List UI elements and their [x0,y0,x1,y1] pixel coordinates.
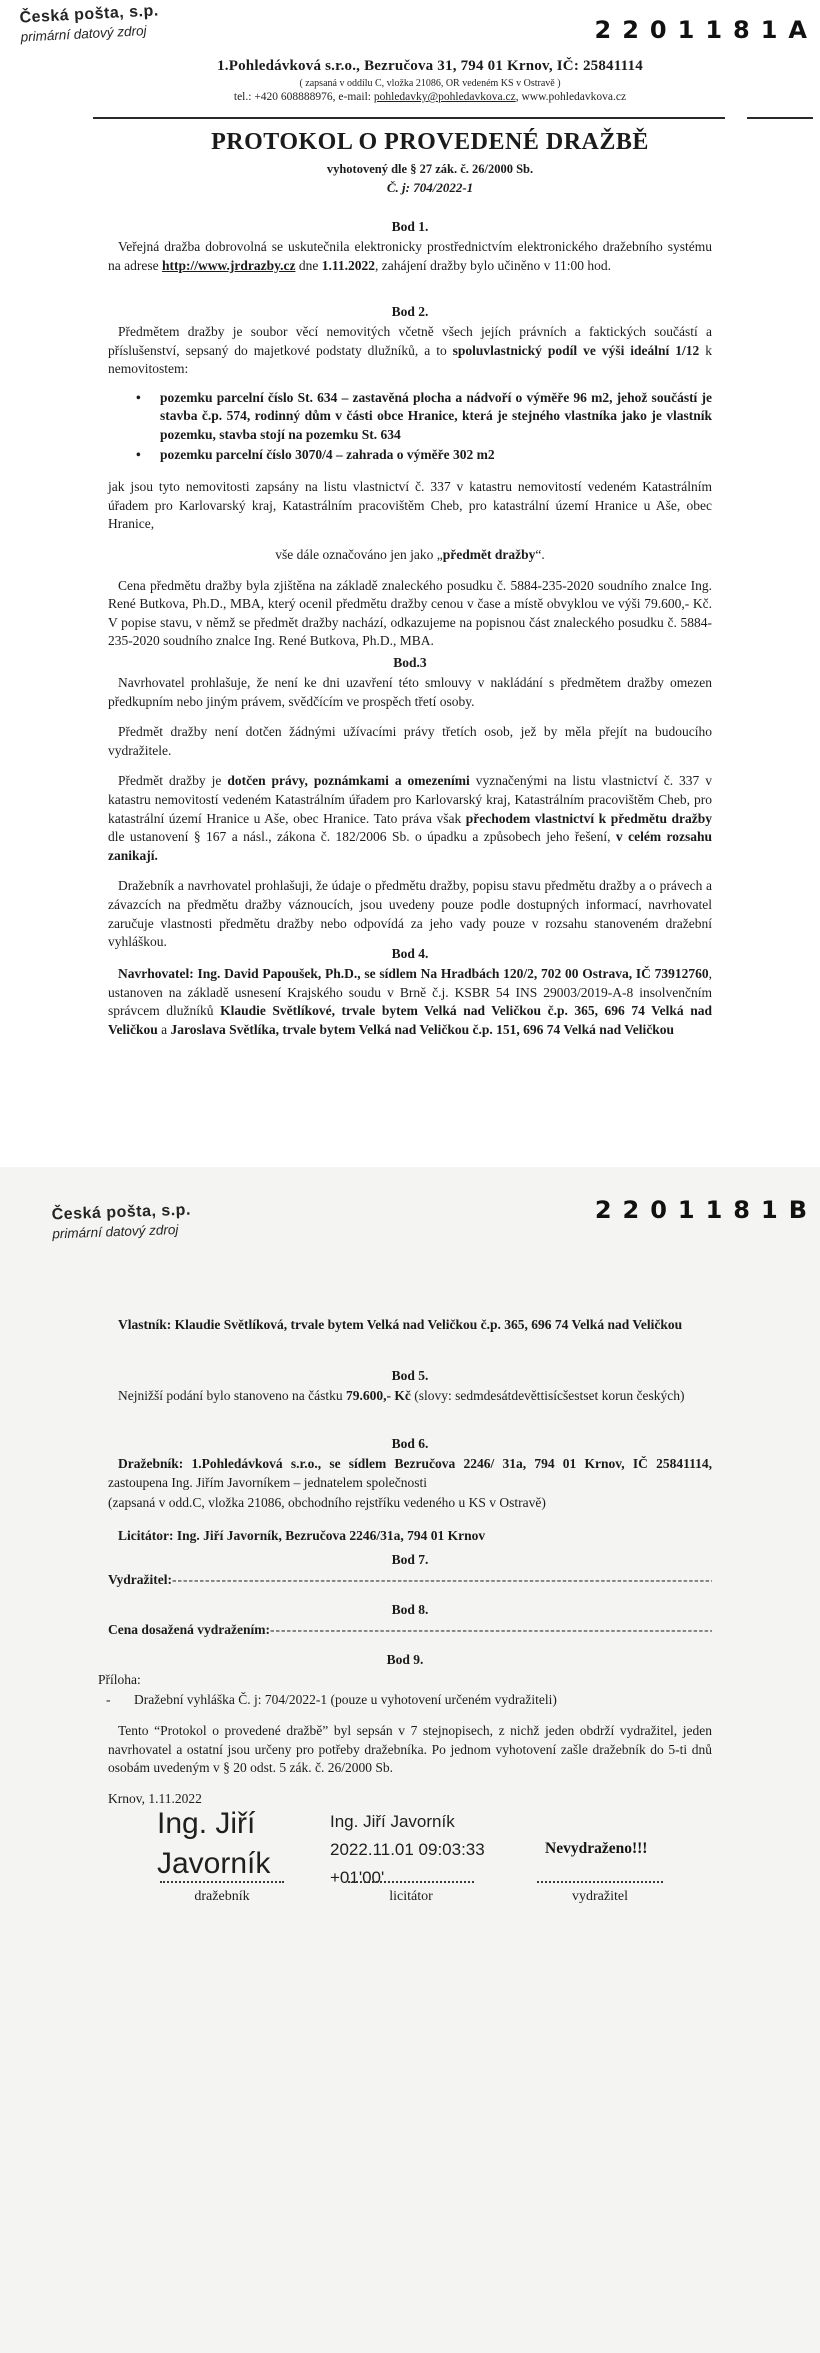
scanned-auction-protocol: Česká pošta, s.p. primární datový zdroj … [0,0,820,2353]
postal-stamp-page2: Česká pošta, s.p. primární datový zdroj [51,1202,191,1242]
signature-label-auctioneer: dražebník [160,1889,284,1905]
letterhead: 1.Pohledávková s.r.o., Bezručova 31, 794… [40,58,820,103]
attachment-label: Příloha: [98,1671,712,1690]
bullet-icon: • [136,446,160,465]
bod6-paragraph-2: (zapsaná v odd.C, vložka 21086, obchodní… [108,1494,712,1513]
doc-number-stamp-page1: 2201181A [595,16,818,44]
winner-line: Vydražitel:-----------------------------… [108,1571,712,1589]
auction-result-note: Nevydraženo!!! [545,1840,647,1858]
signature-dotted-line [348,1881,474,1883]
bullet-icon: • [136,389,160,445]
bod5-heading: Bod 5. [108,1368,712,1384]
section-bod2: Bod 2. Předmětem dražby je soubor věcí n… [108,304,712,651]
licitator-line: Licitátor: Ing. Jiří Javorník, Bezručova… [108,1527,712,1546]
bod4-paragraph: Navrhovatel: Ing. David Papoušek, Ph.D.,… [108,965,712,1039]
signature-line-1: Ing. Jiří [157,1804,270,1844]
section-bod9: Bod 9. Příloha: -Dražební vyhláška Č. j:… [98,1652,712,1709]
doc-number-stamp-page2: 2201181B [595,1196,818,1224]
digital-signature-timezone: +01'00' [330,1864,485,1892]
section-bod8: Bod 8. Cena dosažená vydražením:--------… [108,1602,712,1639]
postal-stamp-page1: Česká pošta, s.p. primární datový zdroj [19,2,160,44]
bod8-heading: Bod 8. [108,1602,712,1618]
contact-suffix: , www.pohledavkova.cz [516,91,626,103]
bod5-paragraph: Nejnižší podání bylo stanoveno na částku… [108,1387,712,1406]
bod1-paragraph: Veřejná dražba dobrovolná se uskutečnila… [108,238,712,275]
bod3-paragraph-3: Předmět dražby je dotčen právy, poznámka… [108,772,712,865]
bod1-heading: Bod 1. [108,219,712,235]
property-item-1-text: pozemku parcelní číslo St. 634 – zastavě… [160,389,712,445]
bod3-paragraph-1: Navrhovatel prohlašuje, že není ke dni u… [108,674,712,711]
signature-dotted-line [537,1881,663,1883]
bod2-quote-line: vše dále označováno jen jako „předmět dr… [108,546,712,565]
attachment-item: -Dražební vyhláška Č. j: 704/2022-1 (pou… [98,1691,712,1710]
achieved-price-line: Cena dosažená vydražením:---------------… [108,1621,712,1639]
section-bod1: Bod 1. Veřejná dražba dobrovolná se usku… [108,219,712,275]
section-bod6: Bod 6. Dražebník: 1.Pohledávková s.r.o.,… [108,1436,712,1545]
company-email: pohledavky@pohledavkova.cz [374,91,516,103]
property-item-2: •pozemku parcelní číslo 3070/4 – zahrada… [136,446,712,465]
section-owner: Vlastník: Klaudie Světlíková, trvale byt… [108,1316,712,1335]
company-name: 1.Pohledávková s.r.o., Bezručova 31, 794… [40,58,820,75]
owner-paragraph: Vlastník: Klaudie Světlíková, trvale byt… [108,1316,712,1335]
section-closing: Tento “Protokol o provedené dražbě” byl … [108,1722,712,1778]
contact-prefix: tel.: +420 608888976, e-mail: [234,91,374,103]
digital-signature-name: Ing. Jiří Javorník [330,1808,485,1836]
attachment-item-text: Dražební vyhláška Č. j: 704/2022-1 (pouz… [134,1691,557,1710]
bod2-cadastre-paragraph: jak jsou tyto nemovitosti zapsány na lis… [108,478,712,534]
document-ref-number: Č. j: 704/2022-1 [40,180,820,196]
property-list: •pozemku parcelní číslo St. 634 – zastav… [108,389,712,464]
section-bod5: Bod 5. Nejnižší podání bylo stanoveno na… [108,1368,712,1406]
section-bod3: Bod.3 Navrhovatel prohlašuje, že není ke… [108,655,712,952]
achieved-price-label: Cena dosažená vydražením: [108,1621,270,1639]
company-contact: tel.: +420 608888976, e-mail: pohledavky… [40,91,820,103]
title-block: PROTOKOL O PROVEDENÉ DRAŽBĚ vyhotovený d… [40,127,820,196]
handwritten-signature: Ing. Jiří Javorník [157,1804,270,1884]
property-item-2-text: pozemku parcelní číslo 3070/4 – zahrada … [160,446,495,465]
company-registration: ( zapsaná v oddílu C, vložka 21086, OR v… [40,78,820,89]
bod6-paragraph-1: Dražebník: 1.Pohledávková s.r.o., se síd… [108,1455,712,1492]
signature-label-licitator: licitátor [348,1889,474,1905]
property-item-1: •pozemku parcelní číslo St. 634 – zastav… [136,389,712,445]
section-bod7: Bod 7. Vydražitel:----------------------… [108,1552,712,1589]
bod3-paragraph-4: Dražebník a navrhovatel prohlašuji, že ú… [108,877,712,951]
bod6-heading: Bod 6. [108,1436,712,1452]
winner-label: Vydražitel: [108,1571,172,1589]
signature-label-winner: vydražitel [537,1889,663,1905]
letterhead-rule [93,117,725,119]
digital-signature: Ing. Jiří Javorník 2022.11.01 09:03:33 +… [330,1808,485,1892]
signature-line-2: Javorník [157,1844,270,1884]
signature-dotted-line [160,1881,284,1883]
bod2-price-paragraph: Cena předmětu dražby byla zjištěna na zá… [108,577,712,651]
closing-paragraph: Tento “Protokol o provedené dražbě” byl … [108,1722,712,1778]
document-title: PROTOKOL O PROVEDENÉ DRAŽBĚ [40,127,820,157]
winner-blank: ----------------------------------------… [172,1571,712,1589]
bod4-heading: Bod 4. [108,946,712,962]
bod7-heading: Bod 7. [108,1552,712,1568]
document-subtitle: vyhotovený dle § 27 zák. č. 26/2000 Sb. [40,162,820,177]
bod9-heading: Bod 9. [98,1652,712,1668]
bod2-intro: Předmětem dražby je soubor věcí nemovitý… [108,323,712,379]
postal-stamp-line1: Česká pošta, s.p. [51,1202,191,1225]
letterhead-rule-right [747,117,813,119]
bod3-paragraph-2: Předmět dražby není dotčen žádnými užíva… [108,723,712,760]
dash-marker: - [98,1691,134,1710]
section-bod4: Bod 4. Navrhovatel: Ing. David Papoušek,… [108,946,712,1039]
digital-signature-datetime: 2022.11.01 09:03:33 [330,1836,485,1864]
bod2-heading: Bod 2. [108,304,712,320]
bod3-heading: Bod.3 [108,655,712,671]
achieved-price-blank: ----------------------------------------… [270,1621,712,1639]
